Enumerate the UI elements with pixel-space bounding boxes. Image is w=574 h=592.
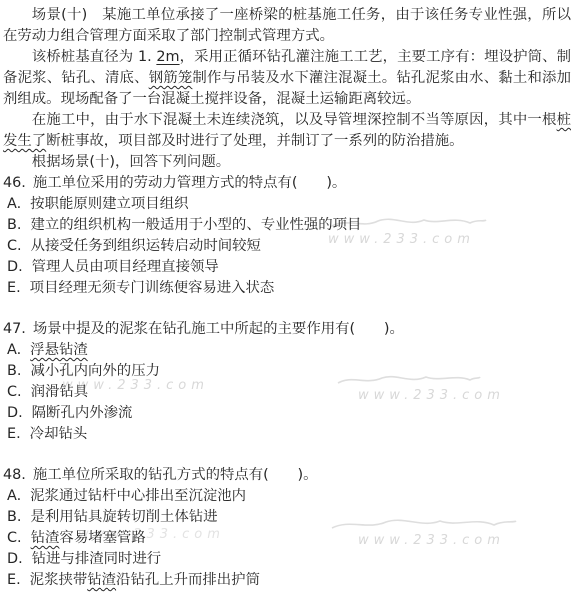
option-row: C.从接受任务到组织运转启动时间较短 bbox=[3, 236, 571, 257]
document-content: 场景(十) 某施工单位承接了一座桥梁的桩基施工任务，由于该任务专业性强，所以在劳… bbox=[0, 0, 574, 591]
text-run: 在施工中，由于水下混凝土未连续浇筑，以及导管埋深控制不当等原因，其中一根 bbox=[32, 112, 557, 128]
wavy-underlined-term: 浮悬钻渣 bbox=[30, 342, 88, 358]
option-label: C. bbox=[7, 238, 22, 254]
text-run: 项目经理无须专门训练便容易进入状态 bbox=[30, 280, 275, 296]
scenario-paragraph: 场景(十) 某施工单位承接了一座桥梁的桩基施工任务，由于该任务专业性强，所以在劳… bbox=[3, 5, 571, 47]
wavy-underlined-term: 钻渣 bbox=[31, 530, 60, 546]
text-run: 施工单位所采取的钻孔方式的特点有( )。 bbox=[33, 467, 318, 483]
option-label: A. bbox=[7, 342, 21, 358]
text-run: 场景中提及的泥浆在钻孔施工中所起的主要作用有( )。 bbox=[33, 321, 404, 337]
option-row: A.按职能原则建立项目组织 bbox=[3, 194, 571, 215]
scenario-paragraph: 在施工中，由于水下混凝土未连续浇筑，以及导管埋深控制不当等原因，其中一根桩发生了… bbox=[3, 110, 571, 152]
wavy-underlined-term: 钻渣 bbox=[87, 572, 116, 588]
question-stem: 48.施工单位所采取的钻孔方式的特点有( )。 bbox=[3, 465, 571, 486]
scenario-paragraph: 该桥桩基直径为 1. 2m，采用正循环钻孔灌注施工工艺，主要工序有：埋设护筒、制… bbox=[3, 47, 571, 110]
wavy-underlined-term: 钢筋笼 bbox=[149, 70, 193, 86]
option-row: D.隔断孔内外渗流 bbox=[3, 403, 571, 424]
option-label: E. bbox=[7, 572, 21, 588]
option-row: E.泥浆挟带钻渣沿钻孔上升而排出护筒 bbox=[3, 570, 571, 591]
text-run: 根据场景(十)，回答下列问题。 bbox=[32, 154, 230, 170]
option-label: D. bbox=[7, 551, 23, 567]
option-label: B. bbox=[7, 363, 21, 379]
option-row: C.润滑钻具 bbox=[3, 382, 571, 403]
text-run: 冷却钻头 bbox=[30, 426, 88, 442]
option-label: D. bbox=[7, 405, 23, 421]
text-run: 钻进与排渣同时进行 bbox=[32, 551, 162, 567]
text-run: 减小孔内向外的压力 bbox=[30, 363, 160, 379]
text-run: 是利用钻具旋转切削土体钻进 bbox=[30, 509, 217, 525]
question-number: 47. bbox=[3, 321, 26, 337]
option-row: B.建立的组织机构一般适用于小型的、专业性强的项目 bbox=[3, 215, 571, 236]
text-run: 断桩事故，项目部及时进行了处理，并制订了一系列的防治措施。 bbox=[46, 133, 463, 149]
option-row: D.钻进与排渣同时进行 bbox=[3, 549, 571, 570]
option-label: A. bbox=[7, 196, 21, 212]
scenario-paragraph: 根据场景(十)，回答下列问题。 bbox=[3, 152, 571, 173]
question-number: 48. bbox=[3, 467, 26, 483]
option-row: A.浮悬钻渣 bbox=[3, 340, 571, 361]
option-label: B. bbox=[7, 217, 21, 233]
option-label: B. bbox=[7, 509, 21, 525]
underlined-term: 2m bbox=[156, 49, 179, 65]
text-run: 容易堵塞管路 bbox=[59, 530, 145, 546]
question-stem: 47.场景中提及的泥浆在钻孔施工中所起的主要作用有( )。 bbox=[3, 319, 571, 340]
option-label: C. bbox=[7, 384, 22, 400]
option-row: B.是利用钻具旋转切削土体钻进 bbox=[3, 507, 571, 528]
text-run: 场景(十) 某施工单位承接了一座桥梁的桩基施工任务，由于该任务专业性强，所以在劳… bbox=[3, 7, 571, 44]
text-run: 泥浆挟带 bbox=[30, 572, 88, 588]
text-run: 隔断孔内外渗流 bbox=[32, 405, 133, 421]
question-stem: 46.施工单位采用的劳动力管理方式的特点有( )。 bbox=[3, 173, 571, 194]
option-row: A.泥浆通过钻杆中心排出至沉淀池内 bbox=[3, 486, 571, 507]
question-number: 46. bbox=[3, 175, 26, 191]
text-run: 泥浆通过钻杆中心排出至沉淀池内 bbox=[30, 488, 246, 504]
text-run: 润滑钻具 bbox=[31, 384, 89, 400]
option-label: A. bbox=[7, 488, 21, 504]
option-row: D.管理人员由项目经理直接领导 bbox=[3, 257, 571, 278]
text-run: 沿钻孔上升而排出护筒 bbox=[116, 572, 260, 588]
option-row: C.钻渣容易堵塞管路 bbox=[3, 528, 571, 549]
option-label: C. bbox=[7, 530, 22, 546]
text-run: 按职能原则建立项目组织 bbox=[30, 196, 188, 212]
text-run: 从接受任务到组织运转启动时间较短 bbox=[31, 238, 261, 254]
text-run: 建立的组织机构一般适用于小型的、专业性强的项目 bbox=[30, 217, 361, 233]
option-label: E. bbox=[7, 426, 21, 442]
option-row: E.项目经理无须专门训练便容易进入状态 bbox=[3, 278, 571, 299]
option-row: E.冷却钻头 bbox=[3, 424, 571, 445]
option-label: E. bbox=[7, 280, 21, 296]
text-run: 施工单位采用的劳动力管理方式的特点有( )。 bbox=[33, 175, 346, 191]
text-run: 该桥桩基直径为 1. bbox=[32, 49, 157, 65]
option-label: D. bbox=[7, 259, 23, 275]
text-run: 管理人员由项目经理直接领导 bbox=[32, 259, 219, 275]
exam-page: www.233.com www.233.com www.233.com www.… bbox=[0, 0, 574, 592]
option-row: B.减小孔内向外的压力 bbox=[3, 361, 571, 382]
